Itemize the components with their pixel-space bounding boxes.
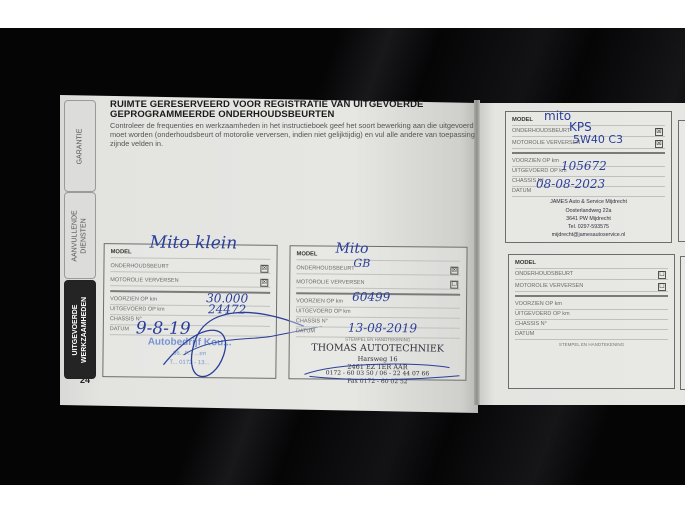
handwritten-model: Mito klein: [150, 233, 238, 254]
oil-checkbox: ☒: [655, 140, 663, 148]
oil-checkbox: ☐: [658, 283, 666, 291]
page-number: 24: [80, 375, 90, 385]
service-label: ONDERHOUDSBEURT: [512, 128, 570, 134]
stamp-label: STEMPEL EN HANDTEKENING: [509, 342, 674, 347]
oil-label: MOTOROLIE VERVERSEN: [110, 277, 178, 284]
model-label: MODEL: [515, 258, 668, 269]
service-checkbox: ☐: [658, 271, 666, 279]
tab-aanvullende-diensten: AANVULLENDE DIENSTEN: [64, 192, 96, 279]
handwritten-service: GB: [353, 257, 370, 270]
divider: [515, 295, 668, 297]
service-row: ONDERHOUDSBEURT☒: [296, 263, 460, 275]
instructions-text: Controleer de frequenties en werkzaamhed…: [110, 121, 475, 148]
model-label: MODEL: [296, 249, 460, 261]
dealer-stamp-phone: Tel. 0297-593575: [506, 224, 671, 230]
dealer-stamp-name: THOMAS AUTOTECHNIEK: [290, 342, 466, 355]
handwritten-oil: 5W40 C3: [573, 133, 623, 146]
dealer-stamp-city: 3641 PW Mijdrecht: [506, 216, 671, 222]
oil-row: MOTOROLIE VERVERSEN☒: [110, 275, 270, 288]
service-checkbox: ☒: [450, 267, 458, 275]
oil-checkbox: ☒: [260, 279, 268, 287]
oil-label: MOTOROLIE VERVERSEN: [296, 279, 364, 286]
service-record-box-1: MODEL ONDERHOUDSBEURT☒ MOTOROLIE VERVERS…: [102, 243, 277, 379]
dealer-stamp-name: JAMES Auto & Service Mijdrecht: [506, 199, 671, 205]
tab-label: AANVULLENDE DIENSTEN: [71, 210, 89, 261]
oil-row: MOTOROLIE VERVERSEN☐: [515, 281, 668, 292]
tab-uitgevoerde-werkzaamheden: UITGEVOERDE WERKZAAMHEDEN: [64, 280, 96, 379]
handwritten-model: Mito: [335, 241, 368, 257]
service-record-box-partial-bottom: [680, 256, 685, 390]
handwritten-date: 13-08-2019: [348, 321, 417, 336]
date-label: DATUM: [515, 329, 668, 340]
oil-checkbox: ☐: [450, 281, 458, 289]
section-tabs: GARANTIE AANVULLENDE DIENSTEN UITGEVOERD…: [64, 100, 96, 378]
handwritten-date: 08-08-2023: [536, 177, 605, 191]
handwritten-service: KPS: [569, 120, 592, 134]
page-heading: RUIMTE GERESERVEERD VOOR REGISTRATIE VAN…: [110, 100, 470, 120]
service-label: ONDERHOUDSBEURT: [296, 265, 354, 272]
tab-garantie: GARANTIE: [64, 100, 96, 192]
dealer-stamp-address: Oosterlandweg 22a: [506, 208, 671, 214]
oil-label: MOTOROLIE VERVERSEN: [512, 140, 580, 146]
service-record-box-3: MODEL ONDERHOUDSBEURT☒ MOTOROLIE VERVERS…: [505, 111, 672, 243]
handwritten-done-km: 105672: [561, 159, 607, 173]
service-record-box-partial-top: [678, 120, 685, 242]
service-checkbox: ☒: [260, 265, 268, 273]
divider: [512, 152, 665, 154]
service-label: ONDERHOUDSBEURT: [515, 271, 573, 277]
tab-label: UITGEVOERDE WERKZAAMHEDEN: [71, 296, 89, 362]
service-record-box-4: MODEL ONDERHOUDSBEURT☐ MOTOROLIE VERVERS…: [508, 254, 675, 389]
oil-row: MOTOROLIE VERVERSEN☐: [296, 277, 460, 289]
handwritten-model: mito: [544, 109, 571, 123]
service-record-box-2: MODEL ONDERHOUDSBEURT☒ MOTOROLIE VERVERS…: [288, 245, 467, 381]
tab-label: GARANTIE: [76, 128, 85, 164]
service-row: ONDERHOUDSBEURT☒: [110, 261, 270, 274]
service-label: ONDERHOUDSBEURT: [110, 263, 168, 270]
oil-label: MOTOROLIE VERVERSEN: [515, 283, 583, 289]
handwritten-planned-km: 60499: [352, 290, 390, 304]
signature: [299, 356, 464, 387]
dealer-stamp-email: mijdrecht@jamesautoservice.nl: [506, 232, 671, 238]
service-checkbox: ☒: [655, 128, 663, 136]
service-row: ONDERHOUDSBEURT☐: [515, 269, 668, 280]
